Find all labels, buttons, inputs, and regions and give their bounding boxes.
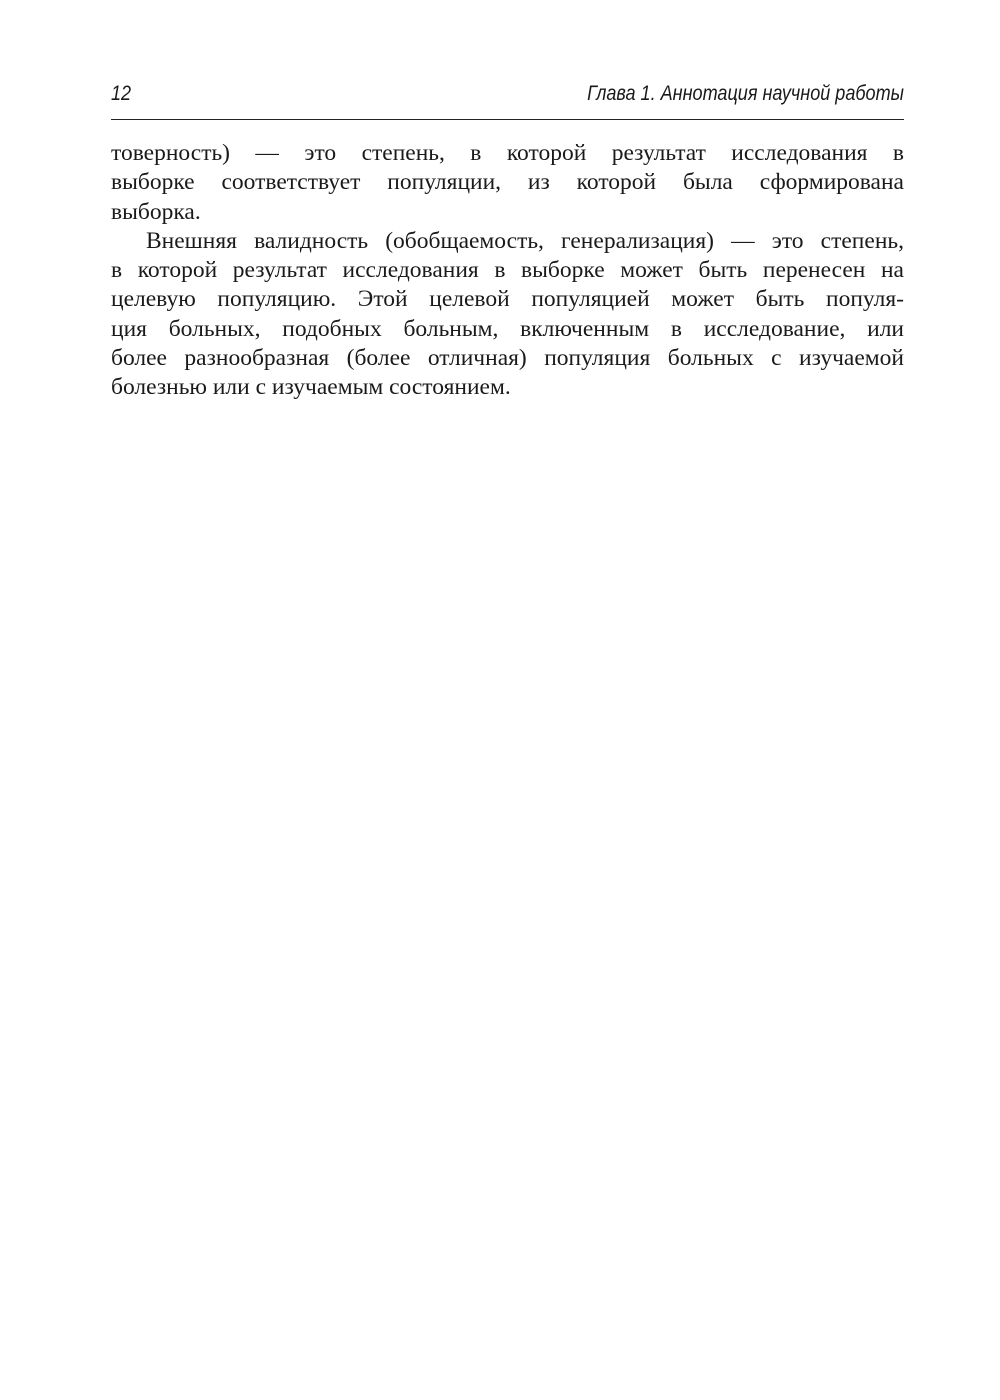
- text-line: выборка.: [111, 198, 904, 227]
- body-text: товерность) — это степень, в которой рез…: [111, 139, 904, 403]
- text-line: целевую популяцию. Этой целевой популяци…: [111, 285, 904, 314]
- text-line: Внешняя валидность (обобщаемость, генера…: [111, 227, 904, 256]
- text-line: ция больных, подобных больным, включенны…: [111, 315, 904, 344]
- chapter-title: Глава 1. Аннотация научной работы: [587, 82, 904, 106]
- paragraph-1: товерность) — это степень, в которой рез…: [111, 139, 904, 227]
- text-line: выборке соответствует популяции, из кото…: [111, 168, 904, 197]
- paragraph-2: Внешняя валидность (обобщаемость, генера…: [111, 227, 904, 403]
- text-line: товерность) — это степень, в которой рез…: [111, 139, 904, 168]
- running-header: 12 Глава 1. Аннотация научной работы: [111, 82, 904, 110]
- page-number: 12: [111, 82, 131, 106]
- text-line: болезнью или с изучаемым состоянием.: [111, 373, 904, 402]
- header-rule: [111, 119, 904, 120]
- text-line: в которой результат исследования в выбор…: [111, 256, 904, 285]
- text-line: более разнообразная (более отличная) поп…: [111, 344, 904, 373]
